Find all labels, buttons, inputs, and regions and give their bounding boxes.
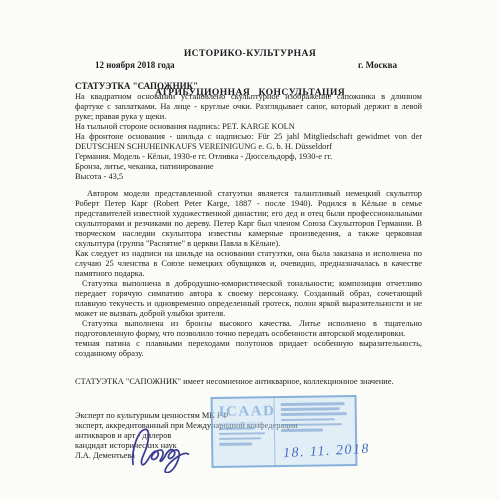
subject-description: На квадратном основании установлено скул… [75,92,422,122]
stamp-text-line [219,443,252,446]
paragraph-quality: Статуэтка выполнена из бронзы высокого к… [75,319,422,339]
conclusion-line: СТАТУЭТКА "САПОЖНИК" имеет несомненное а… [75,377,422,387]
front-inscription: На фронтоне основания - шильда с надпись… [75,132,422,152]
document-page: ИСТОРИКО-КУЛЬТУРНАЯ АТРИБУЦИОННАЯ КОНСУЛ… [0,0,500,500]
stamp-text-line [281,423,341,426]
stamp-text-line [219,427,255,430]
origin-line: Германия. Модель - Кёльн, 1930-е гг. Отл… [75,152,422,162]
stamp-text-line [219,437,261,440]
height-line: Высота - 43,5 [75,172,422,182]
paragraph-author: Автором модели представленной статуэтки … [75,189,422,249]
document-date: 12 ноября 2018 года [95,60,175,70]
document-city: г. Москва [358,60,397,70]
date-row: 12 ноября 2018 года г. Москва [95,60,397,70]
back-inscription: На тыльной стороне основания надпись: PE… [75,122,422,132]
stamp-org-abbr: ICAAD [219,404,271,420]
stamp-text-line [281,428,322,431]
materials-line: Бронза, литье, чеканка, патинирование [75,162,422,172]
stamp-text-line [219,432,265,435]
paragraph-style: Статуэтка выполнена в добродушно-юморист… [75,279,422,319]
stamp-org-line: CONFEDERATION [219,421,271,427]
document-title-line1: ИСТОРИКО-КУЛЬТУРНАЯ [0,47,500,60]
stamp-text-line [281,413,346,417]
paragraph-commission: Как следует из надписи на шильде на осно… [75,249,422,279]
stamp-text-line [281,402,344,405]
stamp-text-line [281,407,339,410]
paragraph-patina: темная патина с плавными переходами полу… [75,339,422,359]
handwritten-signature [128,421,210,473]
stamp-text-line [281,418,334,421]
subject-heading: СТАТУЭТКА "САПОЖНИК" [75,80,422,92]
stamp-left-panel: ICAAD CONFEDERATION [213,398,276,466]
